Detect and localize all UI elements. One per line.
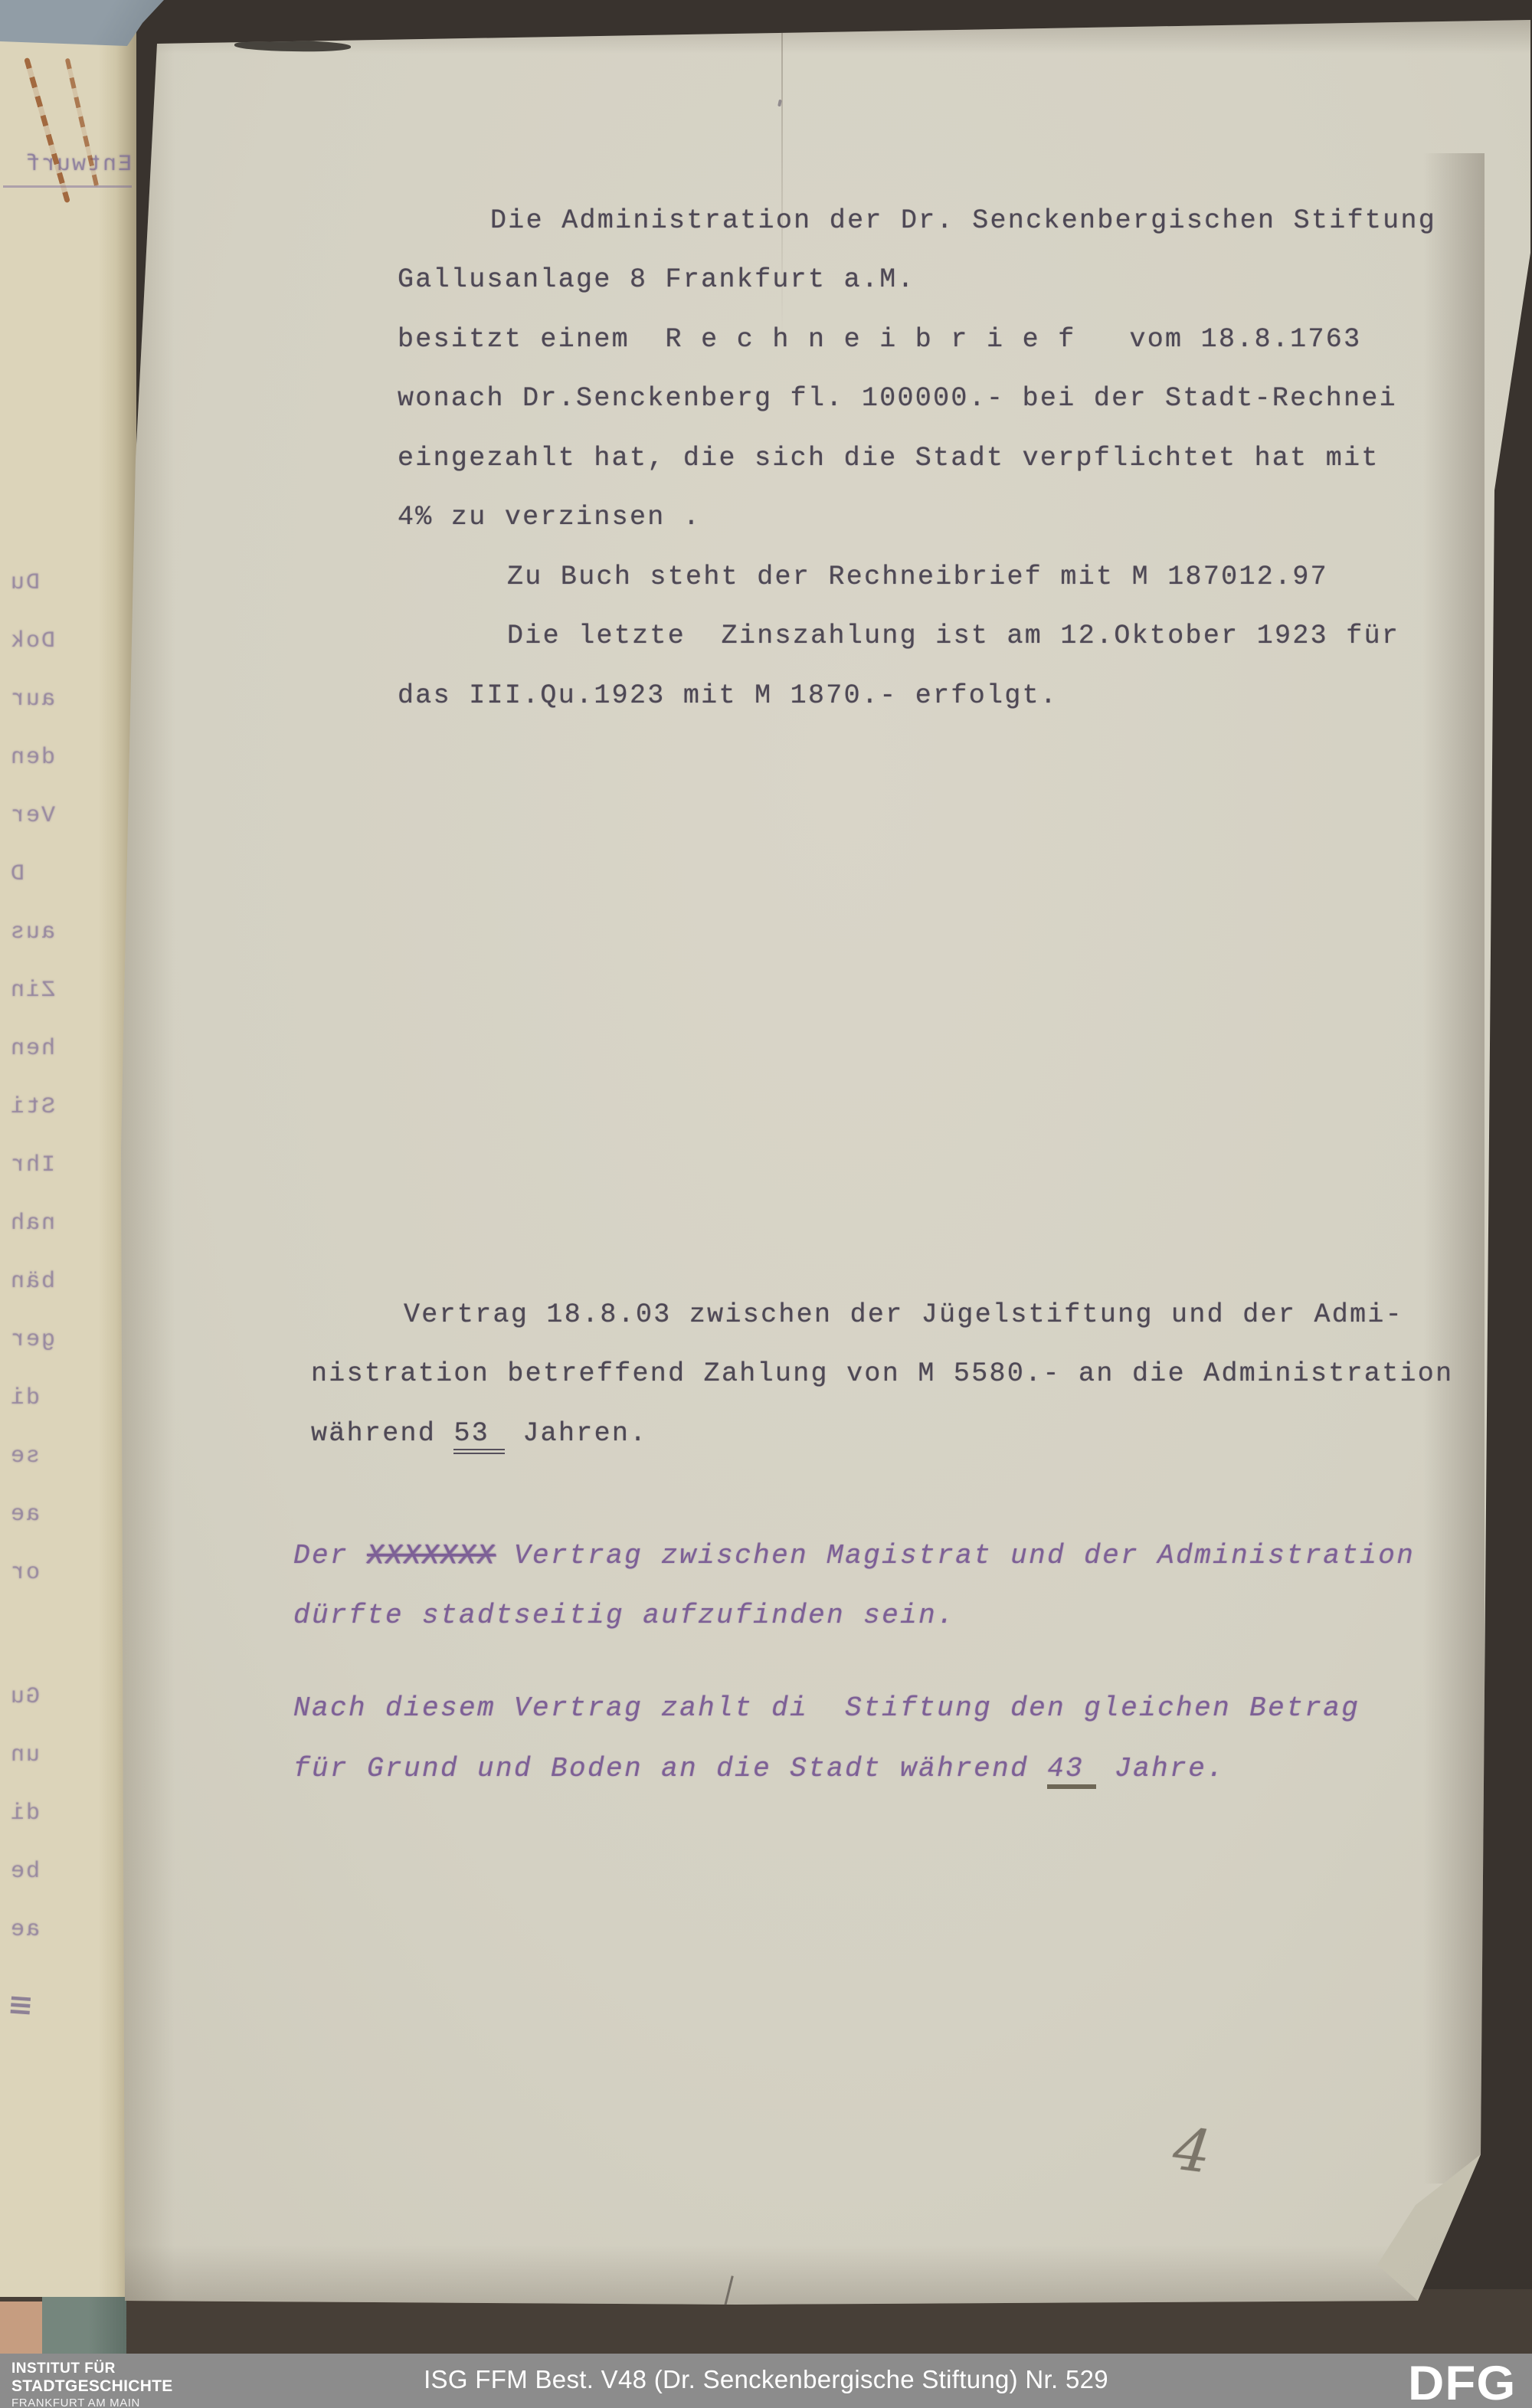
- typed-line: eingezahlt hat, die sich die Stadt verpf…: [398, 443, 1380, 473]
- bleed-fragment: Gu: [9, 1684, 40, 1710]
- bleed-fragment: den: [9, 745, 55, 771]
- struck-out-word: XXXXXXX: [367, 1540, 496, 1571]
- typed-text: Jahre.: [1096, 1753, 1225, 1784]
- purple-typed-line: Nach diesem Vertrag zahlt di Stiftung de…: [293, 1692, 1360, 1724]
- purple-typed-line: Der XXXXXXX Vertrag zwischen Magistrat u…: [293, 1540, 1415, 1571]
- page-shading: [1423, 153, 1485, 2184]
- typed-line: das III.Qu.1923 mit M 1870.- erfolgt.: [398, 680, 1058, 711]
- typed-line: während 53 Jahren.: [311, 1418, 647, 1449]
- typed-text: Vertrag zwischen Magistrat und der Admin…: [496, 1540, 1415, 1571]
- margin-scribble: ≡: [6, 1987, 34, 2023]
- folded-corner: [0, 0, 1532, 2408]
- bleed-fragment: D: [9, 861, 25, 887]
- typed-line: Vertrag 18.8.03 zwischen der Jügelstiftu…: [404, 1299, 1403, 1330]
- typed-line: Gallusanlage 8 Frankfurt a.M.: [398, 264, 915, 295]
- typed-line: wonach Dr.Senckenberg fl. 100000.- bei d…: [398, 383, 1397, 414]
- footer-bar: INSTITUT FÜR STADTGESCHICHTE FRANKFURT A…: [0, 2354, 1532, 2408]
- typed-line: besitzt einem R e c h n e i b r i e f vo…: [398, 324, 1361, 355]
- typed-line: nistration betreffend Zahlung von M 5580…: [311, 1358, 1453, 1389]
- page-shading: [123, 2245, 1486, 2306]
- bleed-fragment: aur: [9, 686, 55, 713]
- bleed-fragment: Dok: [9, 628, 55, 654]
- underlined-number-43: 43: [1047, 1753, 1096, 1789]
- bleed-fragment: Sti: [9, 1094, 55, 1120]
- paper-scrap-teal: [42, 2297, 126, 2355]
- underlying-page-strip: Entwurf DuDokaurdenVerDausZinhenStiIhrna…: [0, 29, 136, 2297]
- bleed-fragment: se: [9, 1443, 40, 1469]
- bleed-fragment: Zin: [9, 978, 55, 1004]
- bleed-fragment: di: [9, 1800, 40, 1826]
- typed-line: Die letzte Zinszahlung ist am 12.Oktober…: [507, 621, 1399, 651]
- purple-typed-line: für Grund und Boden an die Stadt während…: [293, 1753, 1225, 1784]
- typed-line: 4% zu verzinsen .: [398, 502, 701, 532]
- typed-text: Jahren.: [505, 1418, 647, 1449]
- isg-logo-line3: FRANKFURT AM MAIN: [11, 2397, 173, 2408]
- bleed-fragment: Ihr: [9, 1152, 55, 1178]
- typed-line: Die Administration der Dr. Senckenbergis…: [490, 205, 1436, 236]
- bleed-fragment: Ver: [9, 803, 55, 829]
- typed-text: für Grund und Boden an die Stadt während: [293, 1753, 1047, 1784]
- dfg-logo: DFG: [1408, 2356, 1516, 2408]
- typed-line: Zu Buch steht der Rechneibrief mit M 187…: [507, 562, 1328, 592]
- bleed-fragment: Du: [9, 570, 40, 596]
- bleed-fragment: ae: [9, 1502, 40, 1528]
- bleed-fragment: be: [9, 1859, 40, 1885]
- purple-typed-line: dürfte stadtseitig aufzufinden sein.: [293, 1600, 955, 1631]
- bleed-fragment: ae: [9, 1917, 40, 1943]
- bleed-fragment: un: [9, 1742, 40, 1768]
- bleed-fragment: ger: [9, 1327, 55, 1353]
- bleed-fragment: bän: [9, 1269, 55, 1295]
- paper-scrap-tan: [0, 2302, 44, 2355]
- bleed-fragment: or: [9, 1560, 40, 1586]
- typed-text: Der: [293, 1540, 367, 1571]
- handwritten-page-number: 4: [1170, 2114, 1215, 2186]
- typed-text: während: [311, 1418, 453, 1449]
- underlined-number-53: 53: [453, 1418, 505, 1454]
- bleed-fragment: aus: [9, 919, 55, 945]
- archive-reference: ISG FFM Best. V48 (Dr. Senckenbergische …: [0, 2365, 1532, 2394]
- bleed-fragment: di: [9, 1385, 40, 1411]
- blue-gray-sheet-corner: [0, 0, 164, 46]
- bleed-fragment: hen: [9, 1036, 55, 1062]
- document-page: Die Administration der Dr. Senckenbergis…: [0, 0, 1532, 2408]
- bleed-fragment: nah: [9, 1211, 55, 1237]
- mirrored-stamp-text: Entwurf: [3, 152, 132, 188]
